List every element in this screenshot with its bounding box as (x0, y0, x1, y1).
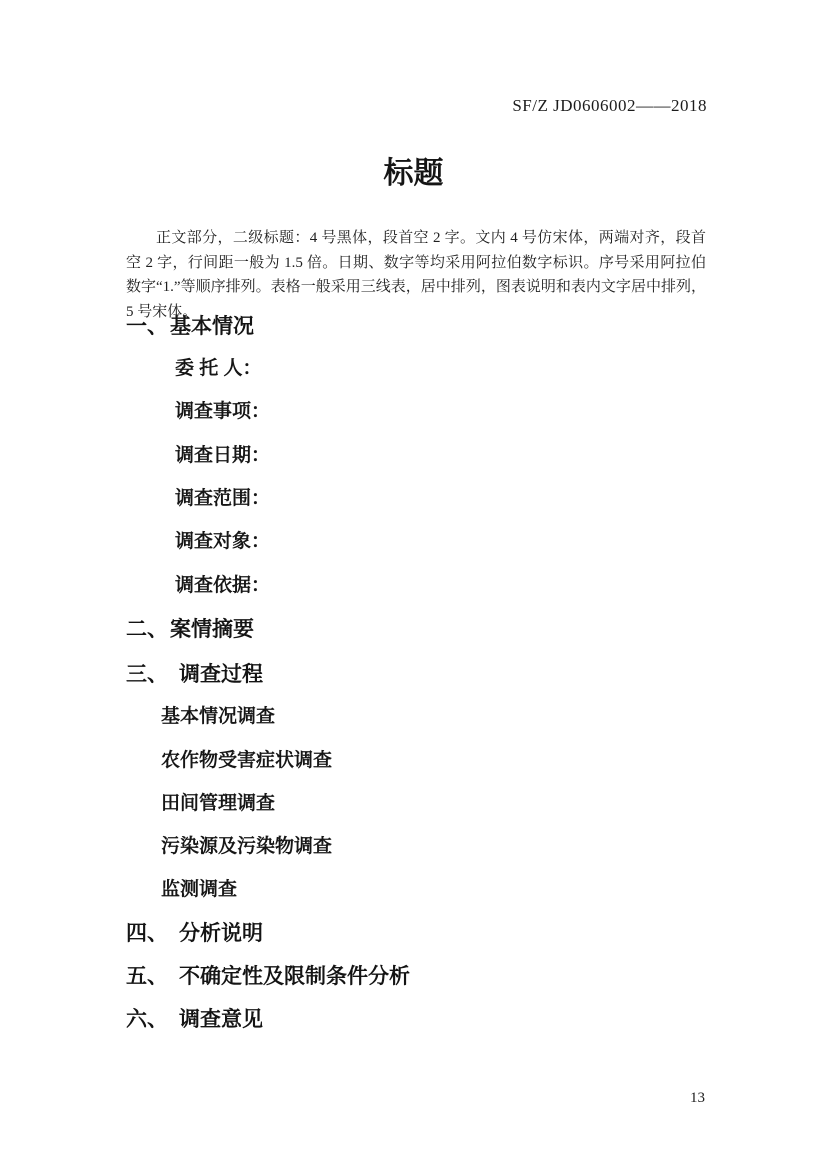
section-title: 分析说明 (179, 922, 263, 945)
section-number: 五、 (126, 965, 168, 988)
section-number: 四、 (126, 922, 168, 945)
document-page: SF/Z JD0606002——2018 标题 正文部分，二级标题：4 号黑体，… (0, 0, 827, 1169)
section-heading-uncertainty: 五、不确定性及限制条件分析 (126, 960, 410, 990)
document-title: 标题 (0, 148, 827, 192)
section-number: 二、 (126, 618, 168, 641)
section-heading-basic-info: 一、基本情况 (126, 310, 254, 340)
outline-item-monitoring-survey: 监测调查 (161, 874, 237, 901)
section-heading-case-summary: 二、案情摘要 (126, 613, 254, 643)
outline-item-investigation-scope: 调查范围： (175, 483, 270, 510)
section-number: 三、 (126, 663, 168, 686)
outline-item-investigation-date: 调查日期： (175, 440, 270, 467)
outline-item-field-management-survey: 田间管理调查 (161, 788, 275, 815)
outline-item-basic-situation-survey: 基本情况调查 (161, 701, 275, 728)
outline-item-crop-damage-symptom-survey: 农作物受害症状调查 (161, 745, 332, 772)
page-number: 13 (690, 1090, 705, 1107)
section-number: 六、 (126, 1008, 168, 1031)
section-heading-investigation-opinion: 六、调查意见 (126, 1003, 263, 1033)
outline-item-pollution-source-survey: 污染源及污染物调查 (161, 831, 332, 858)
section-title: 案情摘要 (170, 618, 254, 641)
outline-item-client: 委 托 人： (175, 353, 262, 380)
section-title: 不确定性及限制条件分析 (179, 965, 410, 988)
section-title: 调查过程 (179, 663, 263, 686)
section-number: 一、 (126, 315, 168, 338)
section-title: 基本情况 (170, 315, 254, 338)
outline-item-investigation-basis: 调查依据： (175, 570, 270, 597)
section-heading-analysis: 四、分析说明 (126, 917, 263, 947)
section-heading-investigation-process: 三、调查过程 (126, 658, 263, 688)
section-title: 调查意见 (179, 1008, 263, 1031)
outline-item-investigation-target: 调查对象： (175, 526, 270, 553)
standard-code: SF/Z JD0606002——2018 (512, 96, 707, 116)
outline-item-investigation-matter: 调查事项： (175, 396, 270, 423)
